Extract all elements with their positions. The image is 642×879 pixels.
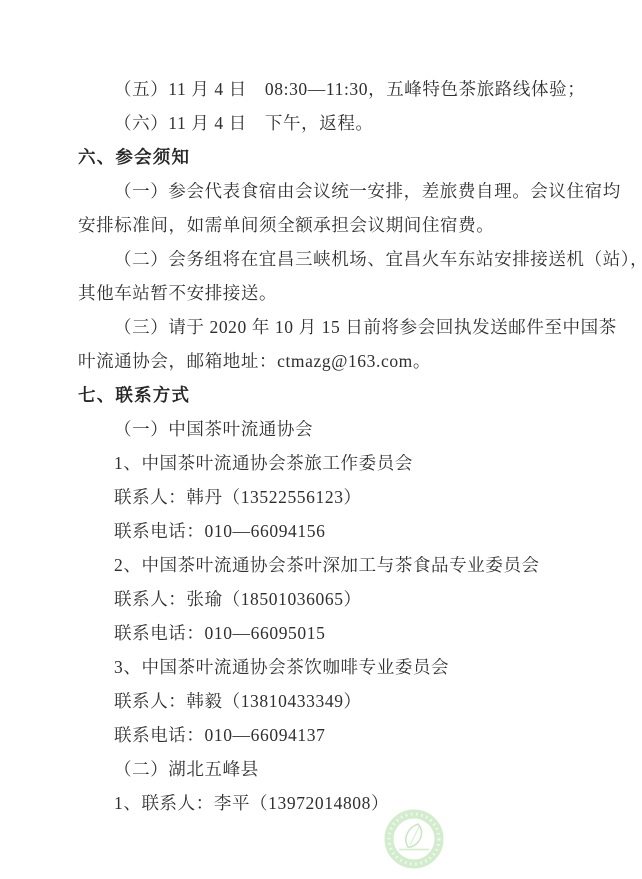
section-heading-notes: 六、参会须知 <box>78 140 598 174</box>
line-agenda-item-6: （六）11 月 4 日 下午，返程。 <box>78 106 598 140</box>
line-contact-person-2: 联系人：张瑜（18501036065） <box>78 582 598 616</box>
document-body: （五）11 月 4 日 08:30—11:30，五峰特色茶旅路线体验； （六）1… <box>78 72 598 820</box>
line-contact-phone-2: 联系电话：010—66095015 <box>78 616 598 650</box>
line-contact-person-wufeng: 1、联系人：李平（13972014808） <box>78 786 598 820</box>
line-committee-2: 2、中国茶叶流通协会茶叶深加工与茶食品专业委员会 <box>78 548 598 582</box>
line-contact-person-3: 联系人：韩毅（13810433349） <box>78 684 598 718</box>
line-contact-phone-3: 联系电话：010—66094137 <box>78 718 598 752</box>
line-contact-person-1: 联系人：韩丹（13522556123） <box>78 480 598 514</box>
line-contacts-org-2: （二）湖北五峰县 <box>78 752 598 786</box>
line-committee-1: 1、中国茶叶流通协会茶旅工作委员会 <box>78 446 598 480</box>
line-notes-2a: （二）会务组将在宜昌三峡机场、宜昌火车东站安排接送机（站）， <box>78 242 598 276</box>
section-heading-contacts: 七、联系方式 <box>78 378 598 412</box>
line-agenda-item-5: （五）11 月 4 日 08:30—11:30，五峰特色茶旅路线体验； <box>78 72 598 106</box>
line-notes-2b: 其他车站暂不安排接送。 <box>78 276 598 310</box>
line-contact-phone-1: 联系电话：010—66094156 <box>78 514 598 548</box>
line-notes-1b: 安排标准间，如需单间须全额承担会议期间住宿费。 <box>78 208 598 242</box>
line-notes-3a: （三）请于 2020 年 10 月 15 日前将参会回执发送邮件至中国茶 <box>78 310 598 344</box>
line-contacts-org-1: （一）中国茶叶流通协会 <box>78 412 598 446</box>
leaf-seal-icon <box>384 809 444 869</box>
line-notes-1a: （一）参会代表食宿由会议统一安排，差旅费自理。会议住宿均 <box>78 174 598 208</box>
line-committee-3: 3、中国茶叶流通协会茶饮咖啡专业委员会 <box>78 650 598 684</box>
document-page: （五）11 月 4 日 08:30—11:30，五峰特色茶旅路线体验； （六）1… <box>0 0 642 879</box>
line-notes-3b-email: 叶流通协会，邮箱地址：ctmazg@163.com。 <box>78 344 598 378</box>
